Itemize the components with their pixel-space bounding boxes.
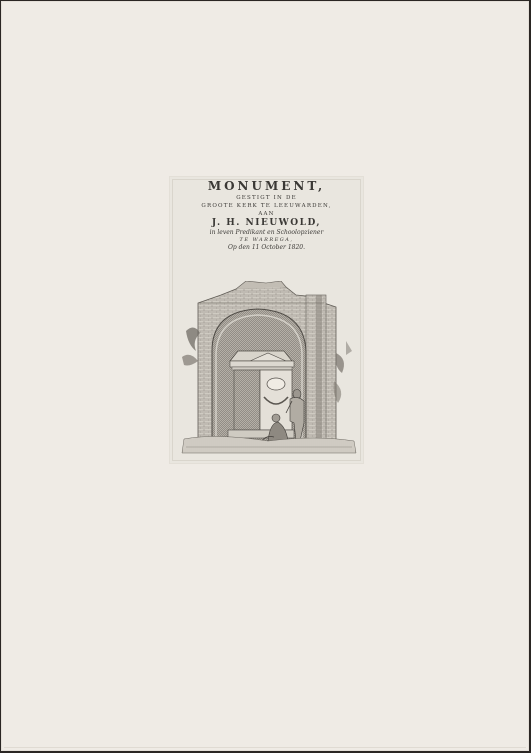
engraved-scene [176,281,360,457]
caption-title: MONUMENT, [170,179,363,194]
engraving-print: MONUMENT, GESTIGT IN DE GROOTE KERK TE L… [170,177,363,463]
caption-line-2: GROOTE KERK TE LEEUWARDEN, [170,202,363,210]
caption-line-4: in leven Predikant en Schoolopziener [170,229,363,237]
caption: MONUMENT, GESTIGT IN DE GROOTE KERK TE L… [170,179,363,252]
caption-line-3: AAN [170,210,363,218]
caption-date: Op den 11 October 1820. [170,244,363,252]
tomb-monument [228,351,294,438]
mat-bevel [4,747,526,748]
mat-board: MONUMENT, GESTIGT IN DE GROOTE KERK TE L… [1,1,529,751]
caption-line-1: GESTIGT IN DE [170,194,363,202]
caption-name: J. H. NIEUWOLD, [170,218,363,229]
caption-place: TE WARREGA, [170,237,363,244]
